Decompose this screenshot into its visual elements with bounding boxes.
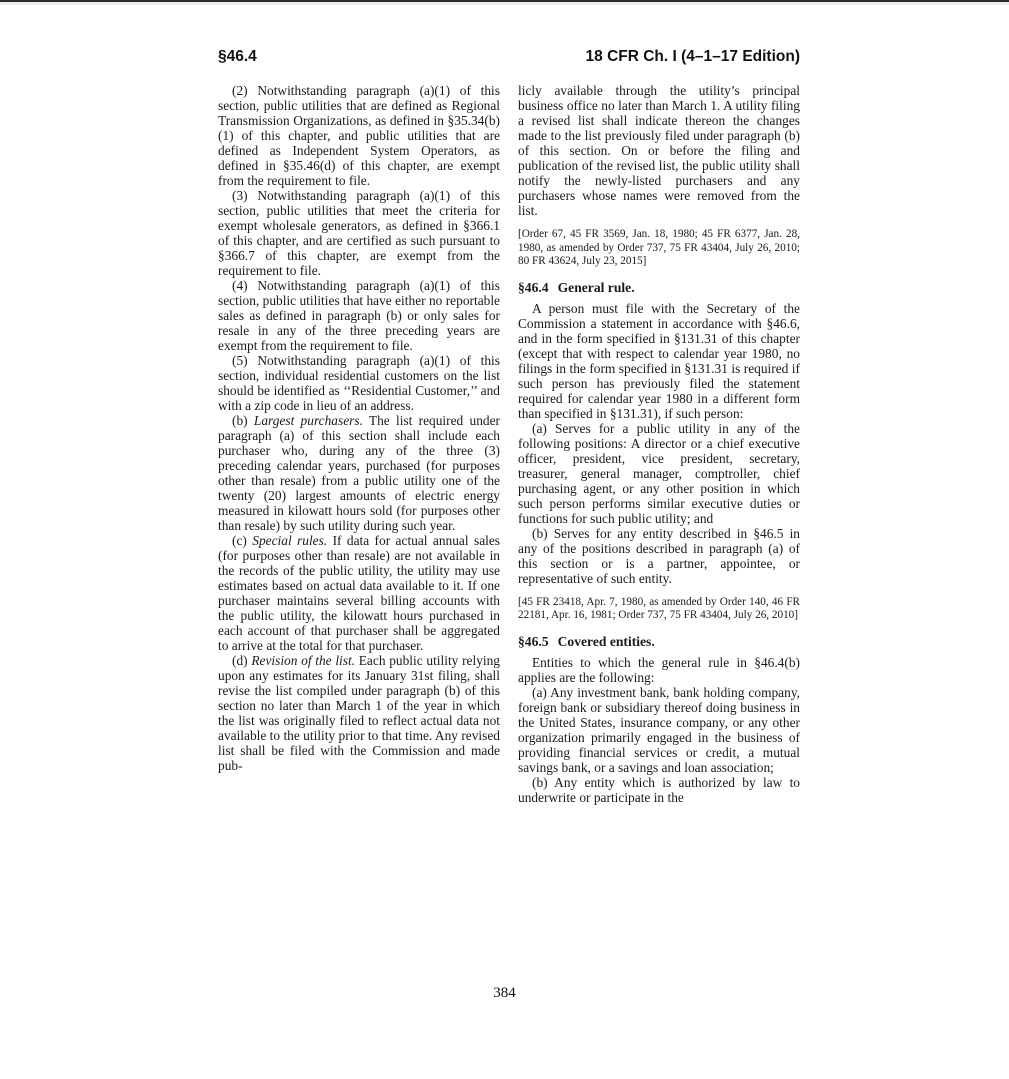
paragraph-a-4: (4) Notwithstanding paragraph (a)(1) of … [218, 278, 500, 353]
source-citation-46-4: [45 FR 23418, Apr. 7, 1980, as amended b… [518, 596, 800, 623]
paragraph-d-text: Each public utility relying upon any est… [218, 653, 500, 773]
left-column: (2) Notwithstanding paragraph (a)(1) of … [218, 83, 500, 773]
paragraph-c-label: (c) [232, 533, 252, 548]
paragraph-a-2: (2) Notwithstanding paragraph (a)(1) of … [218, 83, 500, 188]
right-column: licly available through the utility’s pr… [518, 83, 800, 805]
paragraph-b-text: The list required under paragraph (a) of… [218, 413, 500, 533]
paragraph-a-5: (5) Notwithstanding paragraph (a)(1) of … [218, 353, 500, 413]
section-46-5-a: (a) Any investment bank, bank holding co… [518, 685, 800, 775]
paragraph-b-label: (b) [232, 413, 254, 428]
window-top-shade [0, 2, 1009, 5]
section-46-5-intro: Entities to which the general rule in §4… [518, 655, 800, 685]
running-header: §46.4 18 CFR Ch. I (4–1–17 Edition) [218, 48, 800, 72]
paragraph-c: (c) Special rules. If data for actual an… [218, 533, 500, 653]
paragraph-d-heading: Revision of the list. [251, 653, 355, 668]
section-heading-46-4: §46.4General rule. [518, 280, 800, 295]
section-number-46-4: §46.4 [518, 280, 549, 295]
section-46-5-b: (b) Any entity which is authorized by la… [518, 775, 800, 805]
paragraph-b-heading: Largest purchasers. [254, 413, 363, 428]
paragraph-c-heading: Special rules. [252, 533, 327, 548]
paragraph-b: (b) Largest purchasers. The list require… [218, 413, 500, 533]
header-section-number: §46.4 [218, 48, 257, 66]
section-heading-46-5: §46.5Covered entities. [518, 634, 800, 649]
section-title-46-5: Covered entities. [558, 634, 655, 649]
page-number: 384 [0, 985, 1009, 1002]
paragraph-d-continuation: licly available through the utility’s pr… [518, 83, 800, 218]
paragraph-a-3: (3) Notwithstanding paragraph (a)(1) of … [218, 188, 500, 278]
section-46-4-a: (a) Serves for a public utility in any o… [518, 421, 800, 526]
paragraph-d: (d) Revision of the list. Each public ut… [218, 653, 500, 773]
section-46-4-b: (b) Serves for any entity described in §… [518, 526, 800, 586]
paragraph-d-label: (d) [232, 653, 251, 668]
section-title-46-4: General rule. [558, 280, 635, 295]
source-citation-46-3: [Order 67, 45 FR 3569, Jan. 18, 1980; 45… [518, 228, 800, 269]
paragraph-c-text: If data for actual annual sales (for pur… [218, 533, 500, 653]
section-46-4-intro: A person must file with the Secretary of… [518, 301, 800, 421]
section-number-46-5: §46.5 [518, 634, 549, 649]
header-title: 18 CFR Ch. I (4–1–17 Edition) [586, 48, 800, 66]
